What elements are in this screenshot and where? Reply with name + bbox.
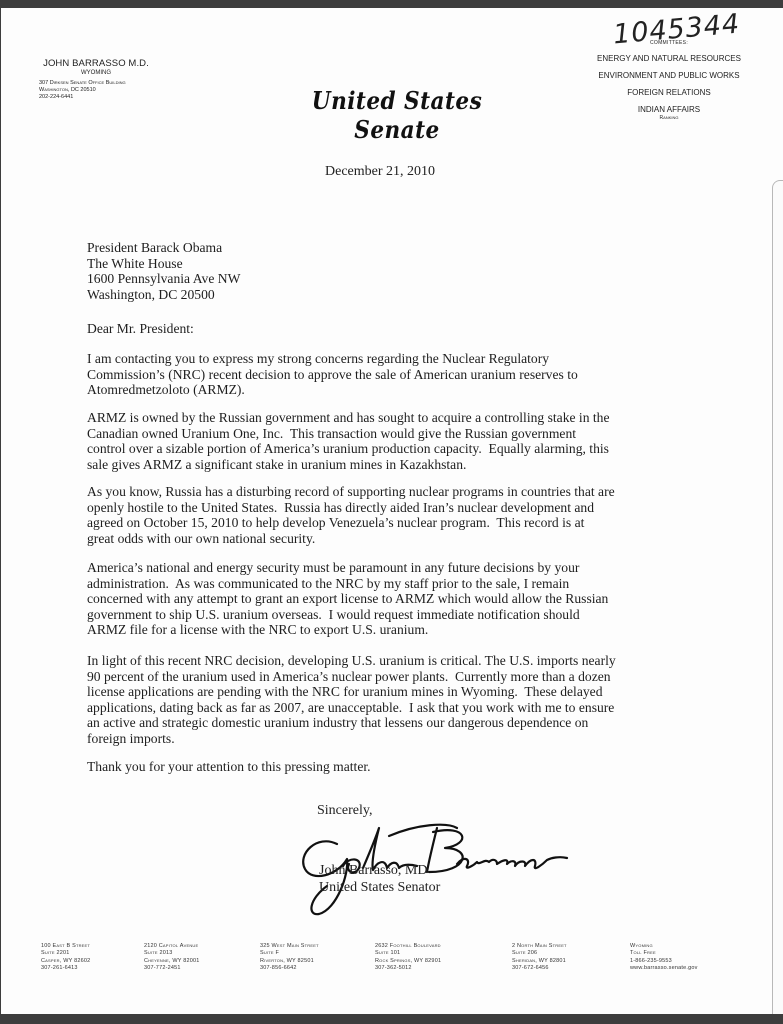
recipient-line: President Barack Obama bbox=[87, 240, 707, 256]
paragraph-line: foreign imports. bbox=[87, 731, 707, 747]
office-line: 307-672-6456 bbox=[512, 965, 567, 972]
office-line: 100 East B Street bbox=[41, 943, 90, 950]
office-sheridan: 2 North Main StreetSuite 206Sheridan, WY… bbox=[512, 943, 567, 973]
office-line: Suite 2013 bbox=[144, 950, 200, 957]
committees-label: COMMITTEES: bbox=[569, 40, 769, 46]
office-toll-free: WyomingToll Free1-866-235-9553www.barras… bbox=[630, 943, 698, 973]
salutation: Dear Mr. President: bbox=[87, 321, 707, 337]
paragraph-line: Thank you for your attention to this pre… bbox=[87, 759, 707, 775]
paragraph-line: Atomredmetzoloto (ARMZ). bbox=[87, 382, 707, 398]
signer-block: John Barrasso, MD United States Senator bbox=[319, 862, 440, 896]
office-rock-springs: 2632 Foothill BoulevardSuite 101Rock Spr… bbox=[375, 943, 441, 973]
office-line: Casper, WY 82602 bbox=[41, 958, 90, 965]
committee-item: ENERGY AND NATURAL RESOURCES bbox=[569, 54, 769, 63]
page-edge-scroll-handle[interactable] bbox=[772, 180, 783, 1014]
recipient-line: 1600 Pennsylvania Ave NW bbox=[87, 271, 707, 287]
office-line: Riverton, WY 82501 bbox=[260, 958, 319, 965]
office-line: Rock Springs, WY 82901 bbox=[375, 958, 441, 965]
paragraph-line: administration. As was communicated to t… bbox=[87, 576, 707, 592]
paragraph-line: Commission’s (NRC) recent decision to ap… bbox=[87, 367, 707, 383]
paragraph-line: great odds with our own national securit… bbox=[87, 531, 707, 547]
office-line: 325 West Main Street bbox=[260, 943, 319, 950]
office-line: 307-362-5012 bbox=[375, 965, 441, 972]
paragraph-line: America’s national and energy security m… bbox=[87, 560, 707, 576]
office-line: Suite F bbox=[260, 950, 319, 957]
paragraph: Thank you for your attention to this pre… bbox=[87, 759, 707, 775]
paragraph-line: an active and strategic domestic uranium… bbox=[87, 715, 707, 731]
office-line: Sheridan, WY 82801 bbox=[512, 958, 567, 965]
committee-item: INDIAN AFFAIRS bbox=[569, 105, 769, 114]
paragraph-line: Canadian owned Uranium One, Inc. This tr… bbox=[87, 426, 707, 442]
ranking-note: Ranking bbox=[569, 115, 769, 121]
institution-title: United States Senate bbox=[289, 86, 505, 144]
office-line: www.barrasso.senate.gov bbox=[630, 965, 698, 972]
paragraph-line: control over a sizable portion of Americ… bbox=[87, 441, 707, 457]
committee-item: ENVIRONMENT AND PUBLIC WORKS bbox=[569, 71, 769, 80]
office-line: 2632 Foothill Boulevard bbox=[375, 943, 441, 950]
paragraph: I am contacting you to express my strong… bbox=[87, 351, 707, 398]
paragraph-line: ARMZ file for a license with the NRC to … bbox=[87, 622, 707, 638]
sender-address: 307 Dirksen Senate Office Building Washi… bbox=[21, 80, 171, 101]
paragraph: As you know, Russia has a disturbing rec… bbox=[87, 484, 707, 546]
paragraph-line: agreed on October 15, 2010 to help devel… bbox=[87, 515, 707, 531]
sender-address-line: Washington, DC 20510 bbox=[39, 87, 171, 94]
office-line: Wyoming bbox=[630, 943, 698, 950]
paragraph: ARMZ is owned by the Russian government … bbox=[87, 410, 707, 472]
office-casper: 100 East B StreetSuite 2201Casper, WY 82… bbox=[41, 943, 90, 973]
signer-name: John Barrasso, MD bbox=[319, 862, 440, 879]
sender-name: JOHN BARRASSO M.D. bbox=[21, 58, 171, 69]
paragraph: America’s national and energy security m… bbox=[87, 560, 707, 638]
letterhead-sender: JOHN BARRASSO M.D. WYOMING 307 Dirksen S… bbox=[21, 58, 171, 101]
paragraph-line: sale gives ARMZ a significant stake in u… bbox=[87, 457, 707, 473]
paragraph-line: 90 percent of the uranium used in Americ… bbox=[87, 669, 707, 685]
office-line: 307-261-6413 bbox=[41, 965, 90, 972]
recipient-line: The White House bbox=[87, 256, 707, 272]
sender-state: WYOMING bbox=[21, 70, 171, 76]
office-line: 2120 Capitol Avenue bbox=[144, 943, 200, 950]
office-line: Toll Free bbox=[630, 950, 698, 957]
paragraph-line: openly hostile to the United States. Rus… bbox=[87, 500, 707, 516]
sender-address-line: 307 Dirksen Senate Office Building bbox=[39, 80, 171, 87]
paragraph-line: ARMZ is owned by the Russian government … bbox=[87, 410, 707, 426]
committee-item: FOREIGN RELATIONS bbox=[569, 88, 769, 97]
signer-title: United States Senator bbox=[319, 879, 440, 896]
paragraph-line: In light of this recent NRC decision, de… bbox=[87, 653, 707, 669]
paragraph-line: I am contacting you to express my strong… bbox=[87, 351, 707, 367]
office-line: Suite 101 bbox=[375, 950, 441, 957]
letterhead-committees: COMMITTEES: ENERGY AND NATURAL RESOURCES… bbox=[569, 40, 769, 121]
footer-offices: 100 East B StreetSuite 2201Casper, WY 82… bbox=[1, 943, 783, 993]
office-riverton: 325 West Main StreetSuite FRiverton, WY … bbox=[260, 943, 319, 973]
paragraph-line: license applications are pending with th… bbox=[87, 684, 707, 700]
office-line: 1-866-235-9553 bbox=[630, 958, 698, 965]
paragraph-line: concerned with any attempt to grant an e… bbox=[87, 591, 707, 607]
office-line: Cheyenne, WY 82001 bbox=[144, 958, 200, 965]
recipient-block: President Barack Obama The White House 1… bbox=[87, 240, 707, 302]
paragraph-line: government to ship U.S. uranium overseas… bbox=[87, 607, 707, 623]
office-line: Suite 2201 bbox=[41, 950, 90, 957]
office-cheyenne: 2120 Capitol AvenueSuite 2013Cheyenne, W… bbox=[144, 943, 200, 973]
letter-page: 1045344 JOHN BARRASSO M.D. WYOMING 307 D… bbox=[1, 8, 783, 1014]
office-line: 307-772-2451 bbox=[144, 965, 200, 972]
office-line: Suite 206 bbox=[512, 950, 567, 957]
paragraph-line: As you know, Russia has a disturbing rec… bbox=[87, 484, 707, 500]
paragraph-line: applications, dating back as far as 2007… bbox=[87, 700, 707, 716]
paragraph: In light of this recent NRC decision, de… bbox=[87, 653, 707, 747]
recipient-line: Washington, DC 20500 bbox=[87, 287, 707, 303]
letter-date: December 21, 2010 bbox=[325, 164, 435, 180]
office-line: 2 North Main Street bbox=[512, 943, 567, 950]
sender-phone: 202-224-6441 bbox=[39, 94, 171, 101]
office-line: 307-856-6642 bbox=[260, 965, 319, 972]
